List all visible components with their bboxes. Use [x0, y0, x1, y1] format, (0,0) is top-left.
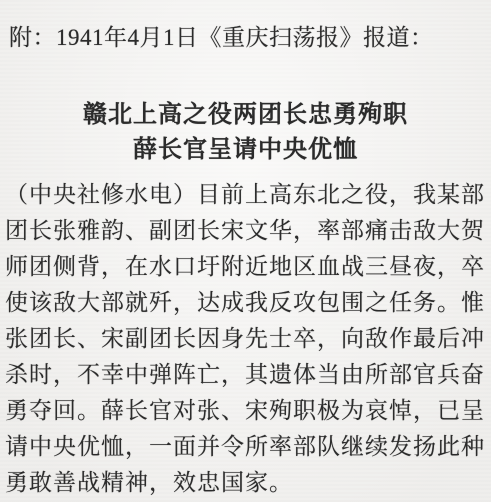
body-line: 张团长、宋副团长因身先士卒，向敌作最后冲 [5, 321, 486, 357]
body-line: 请中央优恤，一面并令所率部队继续发扬此种 [5, 429, 486, 465]
body-line: 使该敌大部就歼，达成我反攻包围之任务。惟 [5, 285, 486, 321]
attribution-line: 附：1941年4月1日《重庆扫荡报》报道： [5, 24, 486, 52]
article-body: （中央社修水电）目前上高东北之役，我某部 团长张雅韵、副团长宋文华，率部痛击敌大… [5, 177, 486, 501]
body-line: 师团侧背，在水口圩附近地区血战三昼夜，卒 [5, 249, 486, 285]
body-line: （中央社修水电）目前上高东北之役，我某部 [5, 177, 486, 213]
body-line: 勇敢善战精神，效忠国家。 [5, 465, 486, 501]
article-headline-secondary: 薛长官呈请中央优恤 [5, 135, 486, 165]
scanned-newspaper-report: 附：1941年4月1日《重庆扫荡报》报道： 赣北上高之役两团长忠勇殉职 薛长官呈… [0, 0, 491, 502]
body-line: 勇夺回。薛长官对张、宋殉职极为哀悼，已呈 [5, 393, 486, 429]
article-headline-primary: 赣北上高之役两团长忠勇殉职 [5, 100, 486, 130]
body-line: 团长张雅韵、副团长宋文华，率部痛击敌大贺 [5, 213, 486, 249]
body-line: 杀时，不幸中弹阵亡，其遗体当由所部官兵奋 [5, 357, 486, 393]
